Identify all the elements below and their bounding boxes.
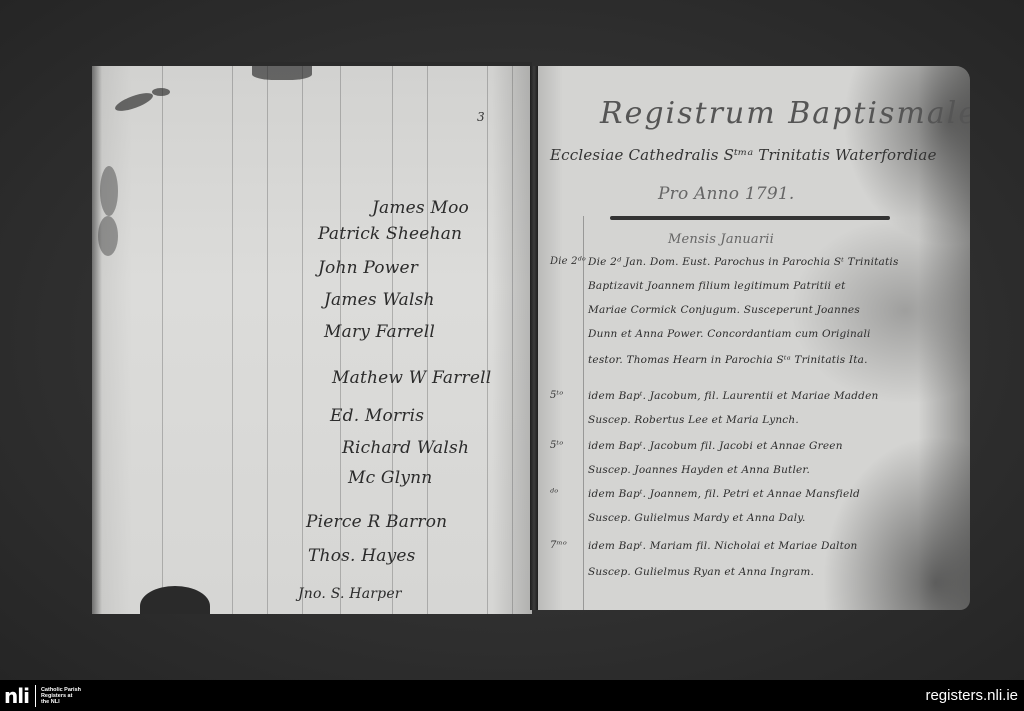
footer-bar: nli Catholic Parish Registers at the NLI…	[0, 680, 1024, 711]
logo-divider	[35, 685, 36, 707]
ruled-line	[302, 66, 303, 614]
name-entry: Thos. Hayes	[308, 546, 416, 566]
ink-stain	[100, 166, 118, 216]
site-url-link[interactable]: registers.nli.ie	[925, 687, 1024, 704]
month-heading: Mensis Januarii	[668, 232, 774, 247]
entry-text: Baptizavit Joannem filium legitimum Patr…	[588, 280, 846, 292]
name-entry: Patrick Sheehan	[318, 224, 462, 244]
entry-text: idem Bapᵗ. Mariam fil. Nicholai et Maria…	[588, 540, 858, 552]
entry-date: Die 2ᵈᵒ	[550, 256, 586, 267]
name-entry: Mary Farrell	[324, 322, 435, 342]
entry-text: Mariae Cormick Conjugum. Susceperunt Joa…	[588, 304, 860, 316]
register-subtitle: Ecclesiae Cathedralis Sᵗᵐᵃ Trinitatis Wa…	[550, 146, 937, 164]
entry-text: Suscep. Robertus Lee et Maria Lynch.	[588, 414, 799, 426]
entry-text: Suscep. Joannes Hayden et Anna Butler.	[588, 464, 810, 476]
entry-date: ᵈᵒ	[550, 488, 558, 499]
name-entry: John Power	[318, 258, 418, 278]
entry-date: 7ᵐᵒ	[550, 540, 567, 551]
name-entry: James Moo	[372, 198, 469, 218]
register-year: Pro Anno 1791.	[658, 184, 794, 204]
name-entry: Jno. S. Harper	[298, 586, 402, 602]
nli-brand[interactable]: nli Catholic Parish Registers at the NLI	[0, 680, 87, 711]
entry-text: Dunn et Anna Power. Concordantiam cum Or…	[588, 328, 871, 340]
entry-text: Suscep. Gulielmus Mardy et Anna Daly.	[588, 512, 806, 524]
title-underline	[610, 216, 890, 220]
name-entry: Ed. Morris	[330, 406, 424, 426]
entry-text: idem Bapᵗ. Jacobum, fil. Laurentii et Ma…	[588, 390, 878, 402]
page-number: 3	[477, 110, 485, 124]
ruled-line	[267, 66, 268, 614]
margin-rule	[583, 216, 584, 610]
name-entry: Mc Glynn	[348, 468, 432, 488]
ruled-line	[232, 66, 233, 614]
name-entry: Pierce R Barron	[306, 512, 447, 532]
page-tear	[140, 586, 210, 614]
name-entry: Mathew W Farrell	[332, 368, 491, 388]
name-entry: James Walsh	[324, 290, 435, 310]
book-spine	[530, 66, 538, 610]
ruled-line	[162, 66, 163, 614]
entry-date: 5ᵗᵒ	[550, 440, 563, 451]
left-page: 3 James Moo Patrick Sheehan John Power J…	[92, 62, 532, 614]
entry-date: 5ᵗᵒ	[550, 390, 563, 401]
register-title: Registrum Baptismale	[600, 96, 970, 131]
entry-text: idem Bapᵗ. Jacobum fil. Jacobi et Annae …	[588, 440, 843, 452]
ink-stain	[152, 88, 170, 96]
name-entry: Richard Walsh	[342, 438, 469, 458]
entry-text: testor. Thomas Hearn in Parochia Sᵗᵃ Tri…	[588, 354, 868, 366]
ruled-line	[487, 66, 488, 614]
document-viewer[interactable]: 3 James Moo Patrick Sheehan John Power J…	[0, 0, 1024, 680]
right-page: Registrum Baptismale Ecclesiae Cathedral…	[538, 66, 970, 610]
brand-caption: Catholic Parish Registers at the NLI	[41, 687, 87, 705]
entry-text: idem Bapᵗ. Joannem, fil. Petri et Annae …	[588, 488, 860, 500]
page-edge-shadow	[92, 66, 102, 614]
nli-logo-icon: nli	[4, 686, 33, 706]
entry-text: Die 2ᵈ Jan. Dom. Eust. Parochus in Paroc…	[588, 256, 899, 268]
brand-caption-line: Catholic Parish	[41, 687, 87, 693]
ink-stain	[113, 90, 155, 115]
ruled-line	[512, 66, 513, 614]
brand-caption-line: the NLI	[41, 699, 87, 705]
entry-text: Suscep. Gulielmus Ryan et Anna Ingram.	[588, 566, 814, 578]
ink-stain	[98, 216, 118, 256]
ink-stain	[252, 66, 312, 80]
